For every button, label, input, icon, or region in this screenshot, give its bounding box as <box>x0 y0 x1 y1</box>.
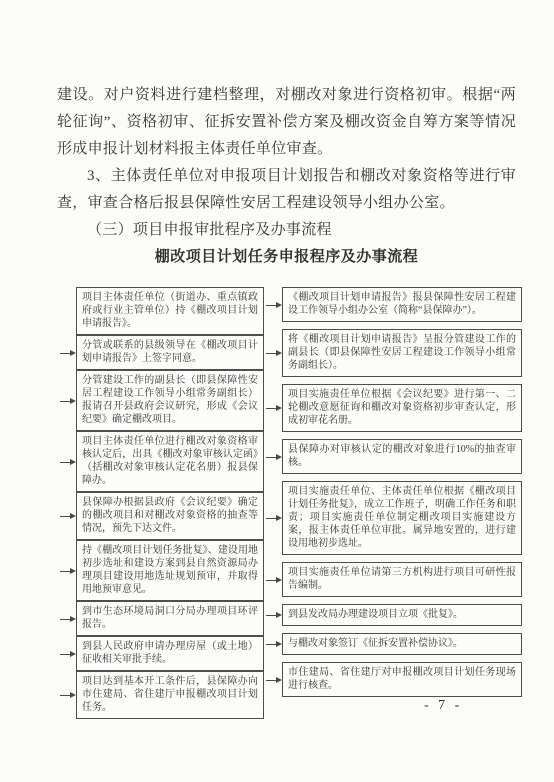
flow-step: 项目达到基本开工条件后，县保障办向市住建局、省住建厅申报棚改项目计划任务。 <box>76 671 264 719</box>
arrow-right-icon <box>60 619 71 620</box>
flow-box: 项目达到基本开工条件后，县保障办向市住建局、省住建厅申报棚改项目计划任务。 <box>76 671 264 719</box>
flowchart-left-column: 项目主体责任单位（街道办、重点镇政府或行业主管单位）持《棚改项目计划申请报告》。… <box>76 287 264 697</box>
flow-step: 市住建局、省住建厅对申报棚改项目计划任务现场进行核查。 <box>282 662 522 697</box>
document-page: 建设。对户资料进行建档整理，对棚改对象进行资格初审。根据“两轮征询”、资格初审、… <box>0 0 554 782</box>
arrow-right-icon <box>266 305 277 306</box>
page-number: - 7 - <box>424 698 462 714</box>
arrow-right-icon <box>266 615 277 616</box>
paragraph-continuation: 建设。对户资料进行建档整理，对棚改对象进行资格初审。根据“两轮征询”、资格初审、… <box>57 82 516 163</box>
arrow-right-icon <box>60 695 71 696</box>
flow-box: 到市生态环境局洞口分局办理项目环评报告。 <box>76 601 264 636</box>
arrow-right-icon <box>60 571 71 572</box>
flow-box: 县保障办根据县政府《会议纪要》确定的棚改项目和对棚改对象资格的抽查等情况，预先下… <box>76 492 264 540</box>
arrow-right-icon <box>266 353 277 354</box>
flow-box: 分管建设工作的副县长（即县保障性安居工程建设工作领导小组常务副组长）报请召开县政… <box>76 370 264 431</box>
flow-step: 与棚改对象签订《征拆安置补偿协议》。 <box>282 633 522 655</box>
arrow-right-icon <box>60 462 71 463</box>
flowchart-title: 棚改项目计划任务申报程序及办事流程 <box>57 244 516 271</box>
flow-step: 分管建设工作的副县长（即县保障性安居工程建设工作领导小组常务副组长）报请召开县政… <box>76 370 264 431</box>
flow-step: 持《棚改项目计划任务批复》、建设用地初步选址和建设方案到县自然资源局办理项目建设… <box>76 540 264 601</box>
flow-step: 《棚改项目计划申请报告》报县保障性安居工程建设工作领导小组办公室（简称“县保障办… <box>282 287 522 322</box>
flow-step: 将《棚改项目计划申请报告》呈报分管建设工作的副县长（即县保障性安居工程建设工作领… <box>282 329 522 377</box>
flow-box: 持《棚改项目计划任务批复》、建设用地初步选址和建设方案到县自然资源局办理项目建设… <box>76 540 264 601</box>
flowchart: 项目主体责任单位（街道办、重点镇政府或行业主管单位）持《棚改项目计划申请报告》。… <box>76 287 522 697</box>
paragraph-item-3: 3、主体责任单位对申报项目计划报告和棚改对象资格等进行审查，审查合格后报县保障性… <box>57 163 516 217</box>
flow-box: 到县人民政府申请办理房屋（或土地）征收相关审批手续。 <box>76 636 264 671</box>
flow-box: 市住建局、省住建厅对申报棚改项目计划任务现场进行核查。 <box>282 662 522 697</box>
flow-box: 县保障办对审核认定的棚改对象进行10%的抽查审核。 <box>282 439 522 474</box>
arrow-right-icon <box>266 680 277 681</box>
flow-step: 到县人民政府申请办理房屋（或土地）征收相关审批手续。 <box>76 636 264 671</box>
flow-step: 项目实施责任单位请第三方机构进行项目可研性报告编制。 <box>282 562 522 597</box>
flow-box: 与棚改对象签订《征拆安置补偿协议》。 <box>282 633 522 655</box>
flow-box: 项目主体责任单位进行棚改对象资格审核认定后，出具《棚改对象审核认定函》（括棚改对… <box>76 431 264 492</box>
flow-step: 项目主体责任单位进行棚改对象资格审核认定后，出具《棚改对象审核认定函》（括棚改对… <box>76 431 264 492</box>
body-text: 建设。对户资料进行建档整理，对棚改对象进行资格初审。根据“两轮征询”、资格初审、… <box>57 82 516 271</box>
arrow-right-icon <box>266 457 277 458</box>
flow-box: 分管或联系的县级领导在《棚改项目计划申请报告》上签字同意。 <box>76 335 264 370</box>
arrow-right-icon <box>60 401 71 402</box>
flow-step: 县保障办对审核认定的棚改对象进行10%的抽查审核。 <box>282 439 522 474</box>
flow-step: 县保障办根据县政府《会议纪要》确定的棚改项目和对棚改对象资格的抽查等情况，预先下… <box>76 492 264 540</box>
arrow-right-icon <box>266 580 277 581</box>
flow-box: 项目实施责任单位根据《会议纪要》进行第一、二轮棚改意愿征询和棚改对象资格初步审查… <box>282 384 522 432</box>
flowchart-right-column: 《棚改项目计划申请报告》报县保障性安居工程建设工作领导小组办公室（简称“县保障办… <box>282 287 522 697</box>
flow-step: 项目实施责任单位、主体责任单位根据《棚改项目计划任务批复》，成立工作班子，明确工… <box>282 481 522 555</box>
arrow-right-icon <box>266 408 277 409</box>
flow-step: 到县发改局办理建设项目立项《批复》。 <box>282 604 522 626</box>
flow-box: 项目主体责任单位（街道办、重点镇政府或行业主管单位）持《棚改项目计划申请报告》。 <box>76 287 264 335</box>
flow-step: 到市生态环境局洞口分局办理项目环评报告。 <box>76 601 264 636</box>
flow-box: 《棚改项目计划申请报告》报县保障性安居工程建设工作领导小组办公室（简称“县保障办… <box>282 287 522 322</box>
arrow-right-icon <box>266 518 277 519</box>
flow-box: 项目实施责任单位请第三方机构进行项目可研性报告编制。 <box>282 562 522 597</box>
flow-box: 将《棚改项目计划申请报告》呈报分管建设工作的副县长（即县保障性安居工程建设工作领… <box>282 329 522 377</box>
flow-step: 项目实施责任单位根据《会议纪要》进行第一、二轮棚改意愿征询和棚改对象资格初步审查… <box>282 384 522 432</box>
section-heading: （三）项目申报审批程序及办事流程 <box>57 217 516 244</box>
arrow-right-icon <box>60 654 71 655</box>
flow-step: 分管或联系的县级领导在《棚改项目计划申请报告》上签字同意。 <box>76 335 264 370</box>
flow-step: 项目主体责任单位（街道办、重点镇政府或行业主管单位）持《棚改项目计划申请报告》。 <box>76 287 264 335</box>
flow-box: 到县发改局办理建设项目立项《批复》。 <box>282 604 522 626</box>
arrow-right-icon <box>60 353 71 354</box>
arrow-right-icon <box>60 516 71 517</box>
arrow-right-icon <box>266 644 277 645</box>
flow-box: 项目实施责任单位、主体责任单位根据《棚改项目计划任务批复》，成立工作班子，明确工… <box>282 481 522 555</box>
